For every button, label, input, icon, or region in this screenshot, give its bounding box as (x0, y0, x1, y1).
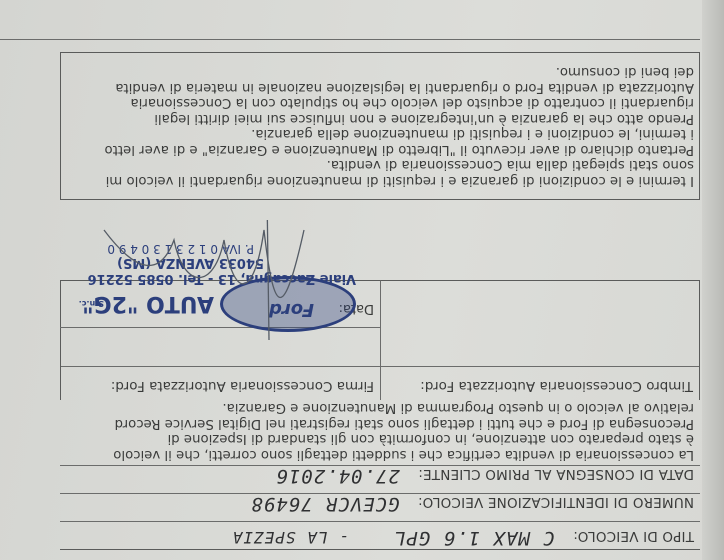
vin-value: GCEVCR 76498 (250, 493, 399, 515)
customer-statement-text: I termini e le condizioni di garanzia e … (0, 64, 694, 188)
vehicle-type-label: TIPO DI VEICOLO: (573, 528, 694, 544)
stamp-label: Timbro Concessionaria Autorizzata Ford: (420, 378, 693, 394)
dealer-certification-text: La concessionaria di vendita certifica c… (0, 400, 694, 462)
vehicle-type-extra: - LA SPEZIA (232, 528, 349, 547)
vehicle-type-value: C MAX 1.6 GPL (393, 527, 555, 549)
warranty-document-page: TIPO DI VEICOLO: C MAX 1.6 GPL - LA SPEZ… (0, 0, 724, 560)
delivery-date-label: DATA DI CONSEGNA AL PRIMO CLIENTE: (418, 466, 694, 482)
stamp-cell: Timbro Concessionaria Autorizzata Ford: (380, 280, 700, 400)
vehicle-type-row: TIPO DI VEICOLO: C MAX 1.6 GPL - LA SPEZ… (60, 520, 700, 550)
delivery-date-value: 27.04.2016 (275, 465, 399, 487)
vin-label: NUMERO DI IDENTIFICAZIONE VEICOLO: (418, 494, 694, 510)
signature-label: Firma Concessionaria Autorizzata Ford: (111, 378, 374, 394)
delivery-date-row: DATA DI CONSEGNA AL PRIMO CLIENTE: 27.04… (60, 464, 700, 494)
divider-line (0, 39, 700, 40)
handwritten-signature (44, 220, 344, 340)
vin-row: NUMERO DI IDENTIFICAZIONE VEICOLO: GCEVC… (60, 492, 700, 522)
page-edge (702, 0, 724, 560)
